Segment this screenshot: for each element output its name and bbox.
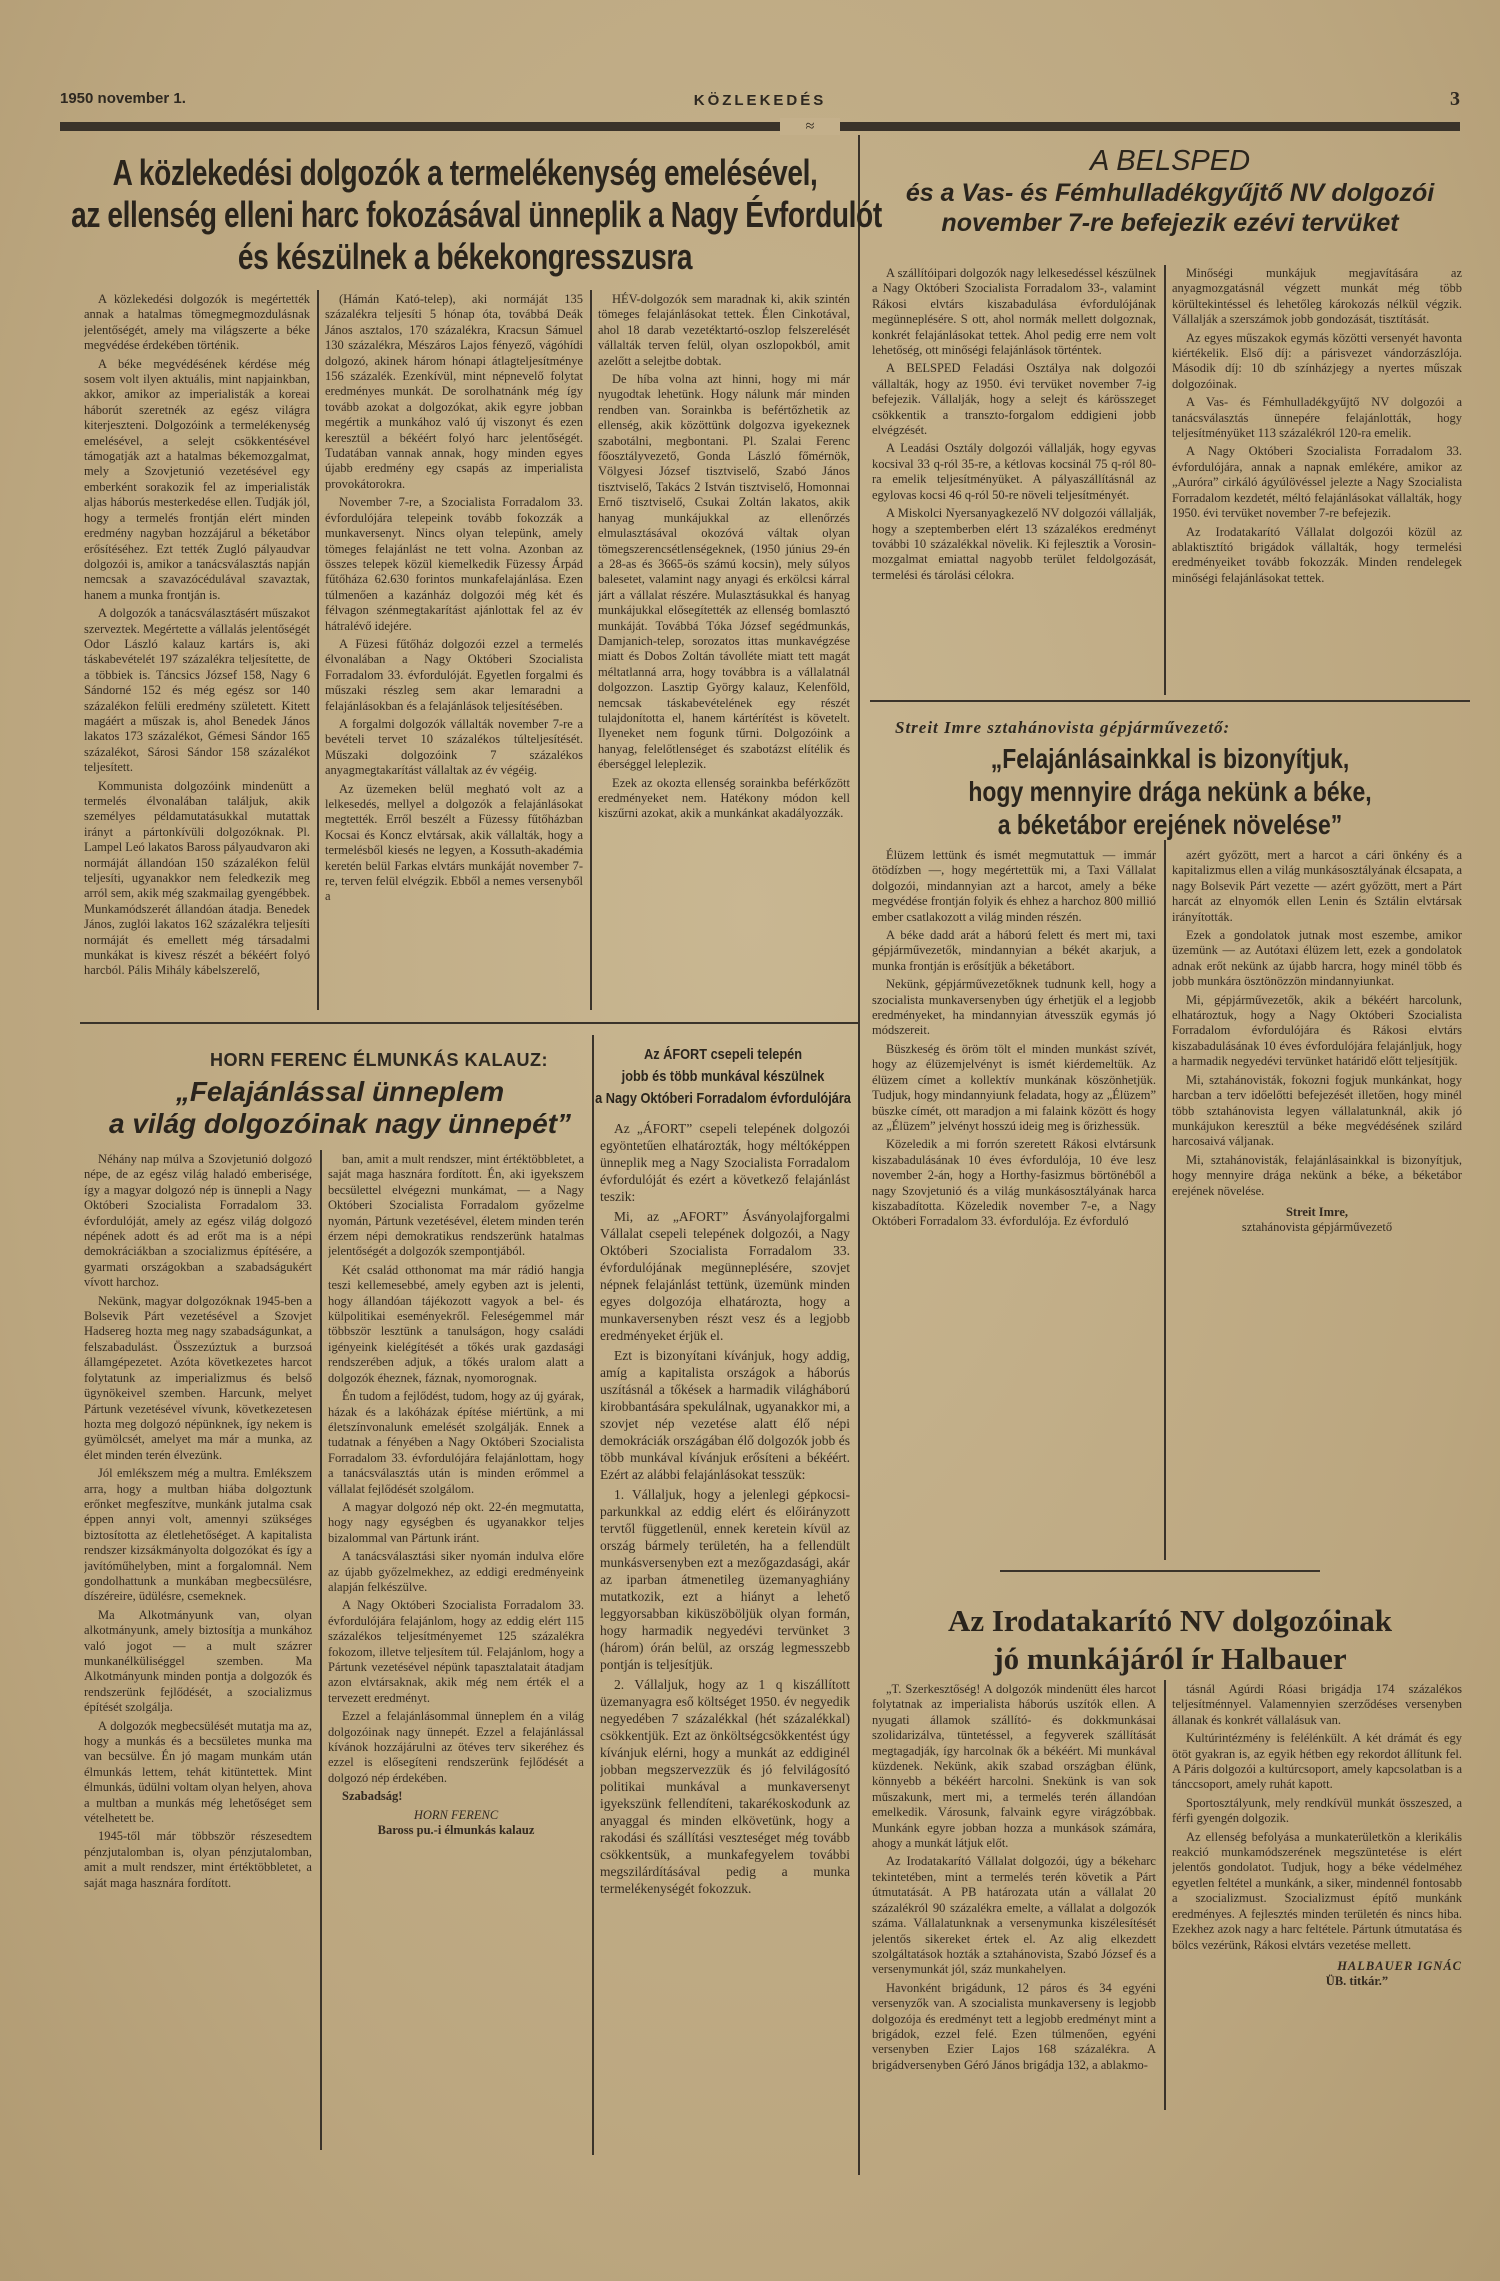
headline-line: a világ dolgozóinak nagy ünnepét” — [90, 1108, 590, 1140]
paragraph: A dolgozók a tanácsválasztásért műszakot… — [84, 606, 310, 775]
paragraph: Ezek a gondolatok jutnak most eszembe, a… — [1172, 928, 1462, 990]
paragraph: Mi, gépjárművezetők, akik a békéért harc… — [1172, 993, 1462, 1070]
divider — [1164, 265, 1166, 695]
paragraph: Ezt is bizonyítani kívánjuk, hogy addig,… — [600, 1347, 850, 1483]
streit-headline: „Felajánlásainkkal is bizonyítjuk, hogy … — [924, 742, 1416, 841]
paragraph: Nekünk, gépjárművezetőknek tudnunk kell,… — [872, 977, 1156, 1039]
headline-line: jobb és több munkával készülnek — [591, 1066, 855, 1088]
paragraph: A béke megvédésének kérdése még sosem vo… — [84, 357, 310, 604]
paragraph: A forgalmi dolgozók vállalták november 7… — [325, 717, 583, 779]
main-article-col-1: A közlekedési dolgozók is megértették an… — [84, 292, 310, 1012]
paragraph: Közeledik a mi forrón szeretett Rákosi e… — [872, 1137, 1156, 1229]
horn-signature-name: HORN FERENC — [328, 1808, 584, 1823]
paragraph: Ezek az okozta ellenség sorainkba beférk… — [598, 776, 850, 822]
streit-signature-name: Streit Imre, — [1172, 1205, 1462, 1220]
belsped-col-2: Minőségi munkájuk megjavítására az anyag… — [1172, 266, 1462, 694]
paragraph: Az „ÁFORT” csepeli telepének dolgozói eg… — [600, 1120, 850, 1205]
main-article-col-3: HÉV-dolgozók sem maradnak ki, akik szint… — [598, 292, 850, 1012]
horn-signature-title: Baross pu.-i élmunkás kalauz — [328, 1823, 584, 1838]
paragraph: ban, amit a mult rendszer, mint értéktöb… — [328, 1152, 584, 1260]
divider — [1164, 1680, 1166, 2110]
headline-line: és a Vas- és Fémhulladékgyűjtő NV dolgoz… — [870, 178, 1470, 208]
signature-name: HALBAUER IGNÁC — [1337, 1959, 1462, 1973]
paragraph: A Füzesi fűtőház dolgozói ezzel a termel… — [325, 637, 583, 714]
iroda-col-2: tásnál Agúrdi Róasi brigádja 174 százalé… — [1172, 1682, 1462, 2152]
wave-ornament-icon: ≈ — [806, 118, 815, 135]
page-number: 3 — [1450, 88, 1460, 111]
paragraph: A BELSPED Feladási Osztálya nak dolgozói… — [872, 361, 1156, 438]
belsped-headline-top: A BELSPED — [870, 145, 1470, 177]
paragraph: Élüzem lettünk és ismét megmutattuk — im… — [872, 848, 1156, 925]
headline-line: Az ÁFORT csepeli telepén — [591, 1044, 855, 1066]
belsped-headline: és a Vas- és Fémhulladékgyűjtő NV dolgoz… — [870, 178, 1470, 238]
streit-signature-title: sztahánovista gépjárművezető — [1172, 1220, 1462, 1235]
paragraph: Mi, sztahánovisták, fokozni fogjuk munká… — [1172, 1073, 1462, 1150]
paragraph: Büszkeség és öröm tölt el minden munkást… — [872, 1042, 1156, 1134]
iroda-signature-name: HALBAUER IGNÁC — [1172, 1959, 1462, 1974]
streit-kicker: Streit Imre sztahánovista gépjárművezető… — [895, 718, 1230, 738]
paragraph: Jól emlékszem még a multra. Emlékszem ar… — [84, 1466, 312, 1605]
headline-line: az ellenség elleni harc fokozásával ünne… — [71, 194, 859, 236]
horn-closing: Szabadság! — [328, 1789, 584, 1804]
divider — [592, 1035, 594, 2155]
horn-headline: „Felajánlással ünneplem a világ dolgozói… — [90, 1076, 590, 1140]
divider — [590, 290, 592, 1010]
paragraph: A Nagy Októberi Szocialista Forradalom 3… — [1172, 444, 1462, 521]
divider — [1164, 840, 1166, 1560]
headline-line: a Nagy Októberi Forradalom évfordulójára — [591, 1088, 855, 1110]
paragraph: Ezzel a felajánlásommal ünneplem én a vi… — [328, 1709, 584, 1786]
signature-name: HORN FERENC — [414, 1808, 498, 1822]
paragraph: Mi, az „AFORT” Ásványolajforgalmi Vállal… — [600, 1208, 850, 1344]
paragraph: A közlekedési dolgozók is megértették an… — [84, 292, 310, 354]
paragraph: Havonként brigádunk, 12 páros és 34 egyé… — [872, 1981, 1156, 2073]
iroda-signature-title: ÜB. titkár.” — [1172, 1974, 1462, 1989]
headline-line: A közlekedési dolgozók a termelékenység … — [71, 152, 859, 194]
headline-line: jó munkájáról ír Halbauer — [870, 1640, 1470, 1678]
paragraph: 2. Vállaljuk, hogy az 1 q kiszállított ü… — [600, 1676, 850, 1897]
divider — [858, 135, 860, 2175]
headline-line: hogy mennyire drága nekünk a béke, — [858, 775, 1481, 808]
paragraph: A tanácsválasztási siker nyomán indulva … — [328, 1549, 584, 1595]
paragraph: November 7-re, a Szocialista Forradalom … — [325, 495, 583, 634]
newspaper-page: 1950 november 1. KÖZLEKEDÉS 3 ≈ A közlek… — [0, 0, 1500, 2281]
paragraph: A Miskolci Nyersanyagkezelő NV dolgozói … — [872, 506, 1156, 583]
paragraph: Én tudom a fejlődést, tudom, hogy az új … — [328, 1389, 584, 1497]
paragraph: Nekünk, magyar dolgozóknak 1945-ben a Bo… — [84, 1294, 312, 1463]
divider — [1000, 1570, 1320, 1572]
paragraph: Ma Alkotmányunk van, olyan alkotmányunk,… — [84, 1608, 312, 1716]
masthead: 1950 november 1. KÖZLEKEDÉS 3 ≈ — [60, 86, 1460, 146]
paragraph: Kommunista dolgozóink mindenütt a termel… — [84, 779, 310, 979]
paragraph: A Vas- és Fémhulladékgyűjtő NV dolgozói … — [1172, 395, 1462, 441]
paragraph: azért győzött, mert a harcot a cári önké… — [1172, 848, 1462, 925]
paragraph: Mi, sztahánovisták, felajánlásainkkal is… — [1172, 1153, 1462, 1199]
paragraph: tásnál Agúrdi Róasi brigádja 174 százalé… — [1172, 1682, 1462, 1728]
paragraph: 1945-től már többször részesedtem pénzju… — [84, 1829, 312, 1891]
main-article-col-2: (Hámán Kató-telep), aki normáját 135 szá… — [325, 292, 583, 1012]
paragraph: A béke dadd arát a háború felett és mert… — [872, 928, 1156, 974]
headline-line: november 7-re befejezik ezévi tervüket — [870, 208, 1470, 238]
paragraph: A magyar dolgozó nép okt. 22-én megmutat… — [328, 1500, 584, 1546]
horn-kicker: HORN FERENC ÉLMUNKÁS KALAUZ: — [210, 1050, 548, 1071]
paragraph: Két család otthonomat ma már rádió hangj… — [328, 1263, 584, 1386]
headline-line: „Felajánlással ünneplem — [90, 1076, 590, 1108]
paragraph: Az Irodatakarító Vállalat dolgozói, úgy … — [872, 1854, 1156, 1977]
streit-col-1: Élüzem lettünk és ismét megmutattuk — im… — [872, 848, 1156, 1558]
afort-body: Az „ÁFORT” csepeli telepének dolgozói eg… — [600, 1120, 850, 2150]
paragraph: A szállítóipari dolgozók nagy lelkesedés… — [872, 266, 1156, 358]
paragraph: Az Irodatakarító Vállalat dolgozói közül… — [1172, 525, 1462, 587]
masthead-rule: ≈ — [60, 122, 1460, 131]
main-headline: A közlekedési dolgozók a termelékenység … — [165, 152, 766, 278]
streit-col-2: azért győzött, mert a harcot a cári önké… — [1172, 848, 1462, 1558]
divider — [870, 700, 1470, 702]
paragraph: Az ellenség befolyása a munkaterületkön … — [1172, 1830, 1462, 1953]
divider — [80, 1022, 858, 1024]
iroda-col-1: „T. Szerkesztőség! A dolgozók mindenütt … — [872, 1682, 1156, 2152]
paragraph: A Nagy Októberi Szocialista Forradalom 3… — [328, 1598, 584, 1706]
paragraph: Kultúrintézmény is felélénkült. A két dr… — [1172, 1731, 1462, 1793]
paragraph: A Leadási Osztály dolgozói vállalják, ho… — [872, 441, 1156, 503]
divider — [320, 1150, 322, 2150]
headline-line: és készülnek a békekongresszusra — [71, 236, 859, 278]
headline-line: Az Irodatakarító NV dolgozóinak — [870, 1602, 1470, 1640]
paragraph: HÉV-dolgozók sem maradnak ki, akik szint… — [598, 292, 850, 369]
horn-col-2: ban, amit a mult rendszer, mint értéktöb… — [328, 1152, 584, 2152]
paragraph: Sportosztályunk, mely rendkívül munkát ö… — [1172, 1796, 1462, 1827]
headline-line: „Felajánlásainkkal is bizonyítjuk, — [858, 742, 1481, 775]
paragraph: Néhány nap múlva a Szovjetunió dolgozó n… — [84, 1152, 312, 1291]
paragraph: „T. Szerkesztőség! A dolgozók mindenütt … — [872, 1682, 1156, 1851]
afort-headline: Az ÁFORT csepeli telepén jobb és több mu… — [617, 1044, 830, 1110]
belsped-col-1: A szállítóipari dolgozók nagy lelkesedés… — [872, 266, 1156, 694]
paragraph: Az üzemeken belül megható volt az a lelk… — [325, 782, 583, 905]
paragraph: A dolgozók megbecsülését mutatja ma az, … — [84, 1719, 312, 1827]
divider — [317, 290, 319, 1010]
paragraph: 1. Vállaljuk, hogy a jelenlegi gépkocsi-… — [600, 1486, 850, 1673]
paragraph: (Hámán Kató-telep), aki normáját 135 szá… — [325, 292, 583, 492]
paragraph: Minőségi munkájuk megjavítására az anyag… — [1172, 266, 1462, 328]
paragraph: De híba volna azt hinni, hogy mi már nyu… — [598, 372, 850, 773]
iroda-headline: Az Irodatakarító NV dolgozóinak jó munká… — [870, 1602, 1470, 1678]
paragraph: Az egyes műszakok egymás közötti verseny… — [1172, 331, 1462, 393]
publication-title: KÖZLEKEDÉS — [60, 92, 1460, 109]
horn-col-1: Néhány nap múlva a Szovjetunió dolgozó n… — [84, 1152, 312, 2152]
headline-line: a béketábor erejének növelése” — [858, 808, 1481, 841]
